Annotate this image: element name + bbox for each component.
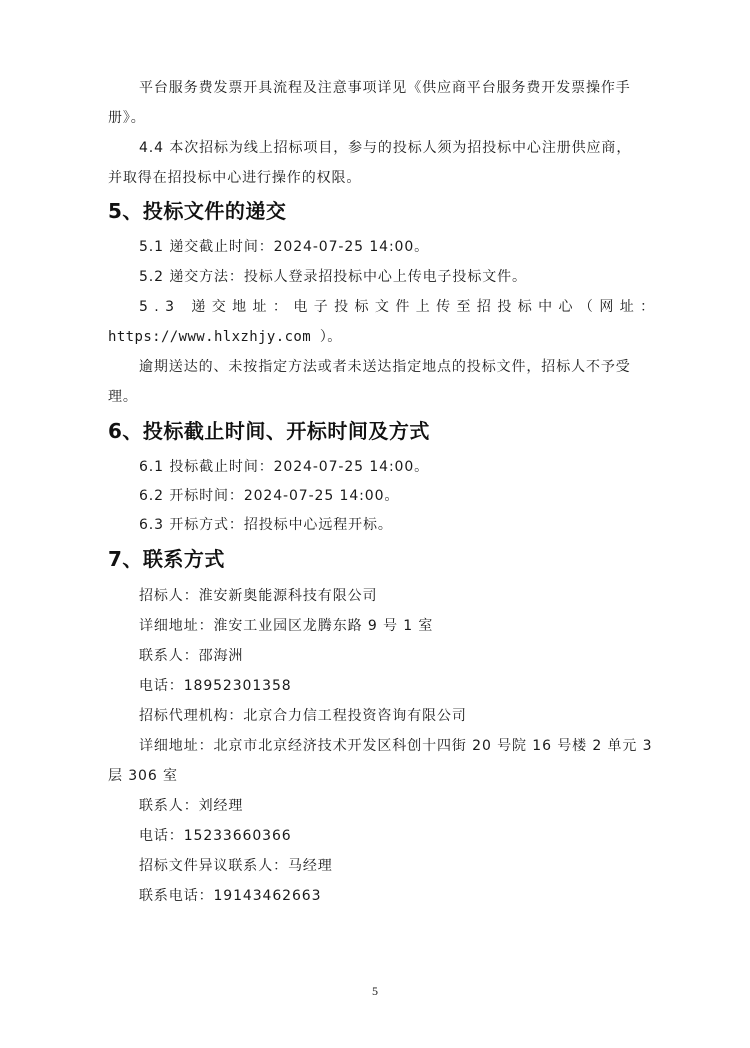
agency-name: 招标代理机构：北京合力信工程投资咨询有限公司 (139, 707, 640, 725)
agency-phone: 电话：15233660366 (139, 827, 640, 845)
section-5-item-1: 5.1 递交截止时间：2024-07-25 14:00。 (139, 238, 640, 256)
intro-paragraph-2-line-2: 并取得在招投标中心进行操作的权限。 (108, 169, 640, 187)
section-6-item-1: 6.1 投标截止时间：2024-07-25 14:00。 (139, 458, 640, 476)
intro-paragraph-1-line-2: 册》。 (108, 109, 640, 127)
section-6-item-2: 6.2 开标时间：2024-07-25 14:00。 (139, 487, 640, 505)
tenderer-address: 详细地址：淮安工业园区龙腾东路 9 号 1 室 (139, 617, 640, 635)
section-5-note-line-1: 逾期送达的、未按指定方法或者未送达指定地点的投标文件，招标人不予受 (139, 358, 640, 376)
page-number: 5 (0, 984, 750, 999)
section-5-item-3-url: https://www.hlxzhjy.com ）。 (108, 328, 640, 346)
section-6-item-3: 6.3 开标方式：招投标中心远程开标。 (139, 516, 640, 534)
tenderer-name: 招标人：淮安新奥能源科技有限公司 (139, 587, 640, 605)
tenderer-contact: 联系人：邵海洲 (139, 647, 640, 665)
objection-contact: 招标文件异议联系人：马经理 (139, 857, 640, 875)
intro-paragraph-1-line-1: 平台服务费发票开具流程及注意事项详见《供应商平台服务费开发票操作手 (139, 79, 640, 97)
agency-address-line-1: 详细地址：北京市北京经济技术开发区科创十四街 20 号院 16 号楼 2 单元 … (139, 737, 640, 755)
section-5-note-line-2: 理。 (108, 388, 640, 406)
section-5-heading: 5、投标文件的递交 (108, 198, 286, 224)
document-page: 平台服务费发票开具流程及注意事项详见《供应商平台服务费开发票操作手 册》。 4.… (0, 0, 750, 1048)
intro-paragraph-2-line-1: 4.4 本次招标为线上招标项目，参与的投标人须为招投标中心注册供应商， (139, 139, 640, 157)
section-5-item-2: 5.2 递交方法：投标人登录招投标中心上传电子投标文件。 (139, 268, 640, 286)
tenderer-phone: 电话：18952301358 (139, 677, 640, 695)
agency-contact: 联系人：刘经理 (139, 797, 640, 815)
agency-address-line-2: 层 306 室 (108, 767, 640, 785)
section-6-heading: 6、投标截止时间、开标时间及方式 (108, 418, 430, 444)
objection-phone: 联系电话：19143462663 (139, 887, 640, 905)
section-5-item-3-line-1: 5.3 递交地址：电子投标文件上传至招投标中心（网址： (139, 298, 640, 316)
section-7-heading: 7、联系方式 (108, 546, 225, 572)
